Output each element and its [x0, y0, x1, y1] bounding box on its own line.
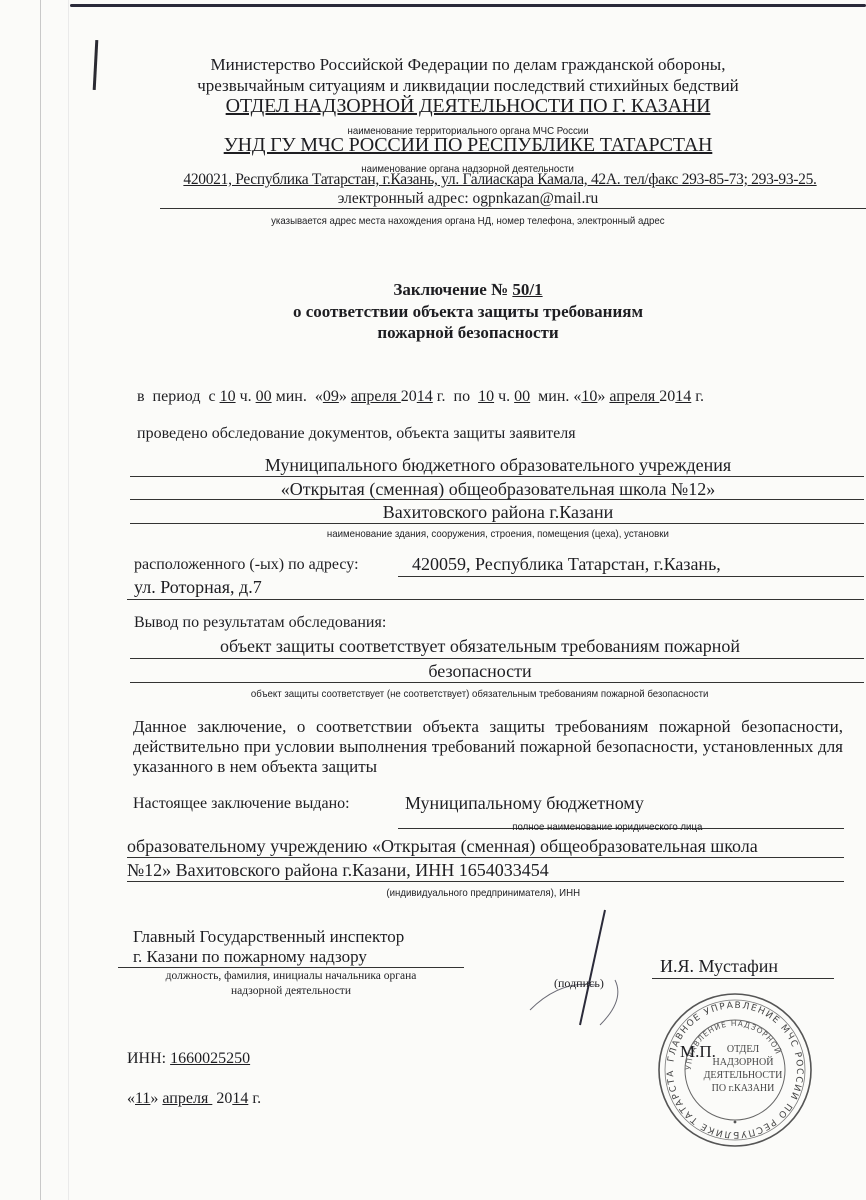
issue-date: «11» апреля 2014 г.: [127, 1090, 261, 1108]
signatory-name: И.Я. Мустафин: [660, 956, 778, 977]
date-year: 14: [232, 1090, 248, 1107]
issued-to-caption-2: (индивидуального предпринимателя), ИНН: [378, 883, 588, 901]
divider: [130, 499, 864, 500]
svg-text:ДЕЯТЕЛЬНОСТИ: ДЕЯТЕЛЬНОСТИ: [704, 1070, 783, 1081]
divider: [127, 857, 844, 858]
divider: [652, 978, 834, 979]
ministry-line-2: чрезвычайным ситуациям и ликвидации посл…: [70, 76, 866, 95]
to-year: 14: [675, 388, 691, 405]
issued-to-line-3: №12» Вахитовского района г.Казани, ИНН 1…: [127, 860, 549, 881]
object-name-line-1: Муниципального бюджетного образовательно…: [130, 455, 866, 476]
svg-text:НАДЗОРНОЙ: НАДЗОРНОЙ: [713, 1056, 774, 1068]
document-subtitle-1: о соответствии объекта защиты требования…: [70, 302, 866, 322]
svg-text:ОТДЕЛ: ОТДЕЛ: [727, 1044, 759, 1055]
signature-caption: (подпись): [554, 976, 604, 991]
signatory-caption: должность, фамилия, инициалы начальника …: [118, 969, 464, 999]
conclusion-label: Вывод по результатам обследования:: [134, 614, 386, 632]
issued-to-line-1: Муниципальному бюджетному: [405, 793, 644, 814]
to-hours: 10: [478, 388, 494, 405]
date-day: 11: [135, 1090, 150, 1107]
issued-to-caption-1: полное наименование юридического лица: [504, 817, 711, 835]
to-day: 10: [581, 388, 597, 405]
divider: [127, 599, 864, 600]
department-name: ОТДЕЛ НАДЗОРНОЙ ДЕЯТЕЛЬНОСТИ ПО Г. КАЗАН…: [70, 95, 866, 118]
to-month: апреля: [609, 388, 659, 405]
document-number: 50/1: [512, 280, 542, 299]
divider: [130, 476, 864, 477]
conclusion-line-1: объект защиты соответствует обязательным…: [130, 636, 830, 657]
survey-statement: проведено обследование документов, объек…: [137, 425, 576, 443]
to-minutes: 00: [514, 388, 530, 405]
address-caption: указывается адрес места нахождения орган…: [70, 211, 866, 229]
from-day: 09: [323, 388, 339, 405]
official-stamp: ГЛАВНОЕ УПРАВЛЕНИЕ МЧС РОССИИ ПО РЕСПУБЛ…: [650, 990, 820, 1150]
divider: [398, 576, 864, 577]
authority-address: 420021, Республика Татарстан, г.Казань, …: [140, 171, 860, 189]
conclusion-line-2: безопасности: [130, 661, 830, 682]
location-label: расположенного (-ых) по адресу:: [134, 556, 359, 574]
object-name-line-2: «Открытая (сменная) общеобразовательная …: [130, 479, 866, 500]
divider: [130, 658, 864, 659]
authority-email: электронный адрес: ogpnkazan@mail.ru: [70, 190, 866, 208]
divider: [118, 967, 464, 968]
from-month: апреля: [351, 388, 401, 405]
document-subtitle-2: пожарной безопасности: [70, 323, 866, 343]
stamp-mp-label: М.П.: [680, 1042, 716, 1062]
scan-edge: [40, 0, 41, 1200]
inspection-period: в период с 10 ч. 00 мин. «09» апреля 201…: [137, 388, 857, 406]
svg-text:ПО г.КАЗАНИ: ПО г.КАЗАНИ: [712, 1083, 775, 1094]
signature: [520, 905, 640, 1035]
signatory-position-1: Главный Государственный инспектор: [133, 927, 404, 947]
object-name-line-3: Вахитовского района г.Казани: [130, 502, 866, 523]
stamp-icon: ГЛАВНОЕ УПРАВЛЕНИЕ МЧС РОССИИ ПО РЕСПУБЛ…: [650, 990, 820, 1150]
location-line-1: 420059, Республика Татарстан, г.Казань,: [412, 554, 721, 575]
date-month: апреля: [162, 1090, 212, 1107]
scan-top-edge: [70, 4, 866, 7]
ministry-line-1: Министерство Российской Федерации по дел…: [70, 55, 866, 74]
inn-value: 1660025250: [170, 1050, 250, 1067]
location-line-2: ул. Роторная, д.7: [134, 577, 262, 598]
divider: [130, 682, 864, 683]
scan-edge: [68, 0, 69, 1200]
document-title: Заключение № 50/1: [70, 280, 866, 300]
authority-name: УНД ГУ МЧС РОССИИ ПО РЕСПУБЛИКЕ ТАТАРСТА…: [70, 134, 866, 157]
divider: [127, 881, 844, 882]
object-name-caption: наименование здания, сооружения, строени…: [130, 524, 866, 542]
issued-to-label: Настоящее заключение выдано:: [133, 795, 350, 813]
from-minutes: 00: [256, 388, 272, 405]
conclusion-caption: объект защиты соответствует (не соответс…: [130, 684, 830, 702]
from-hours: 10: [220, 388, 236, 405]
issued-to-line-2: образовательному учреждению «Открытая (с…: [127, 836, 758, 857]
divider: [160, 208, 866, 209]
validity-statement: Данное заключение, о соответствии объект…: [133, 717, 843, 777]
signatory-position-2: г. Казани по пожарному надзору: [133, 947, 367, 967]
inn-line: ИНН: 1660025250: [127, 1050, 250, 1068]
from-year: 14: [417, 388, 433, 405]
